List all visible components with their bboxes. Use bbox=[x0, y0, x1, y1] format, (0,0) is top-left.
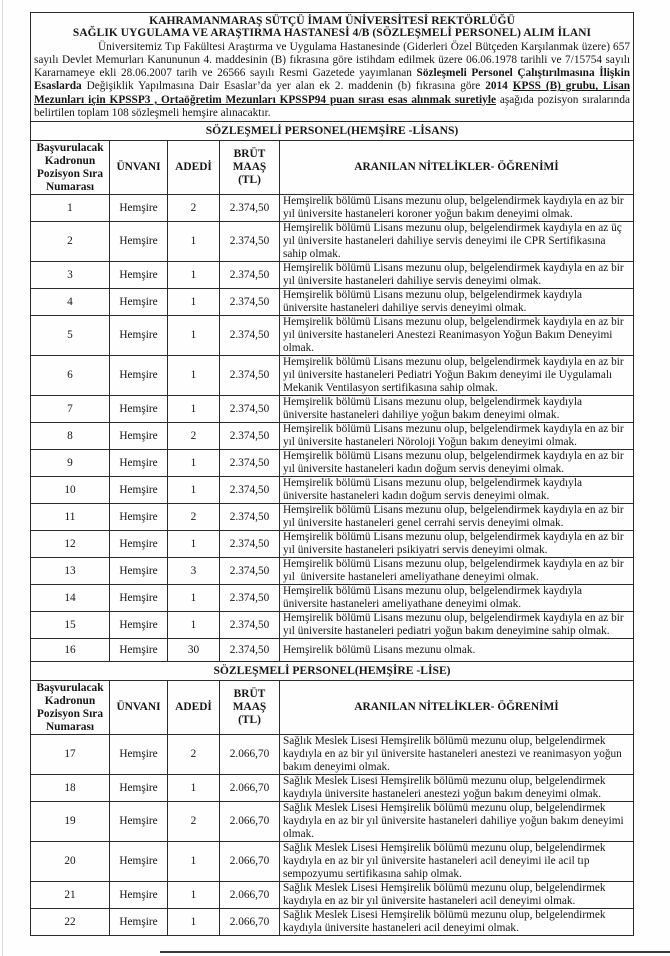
table-row: 1Hemşire22.374,50Hemşirelik bölümü Lisan… bbox=[31, 195, 634, 222]
title-cell: Hemşire bbox=[110, 531, 168, 558]
requirements-cell: Hemşirelik bölümü Lisans mezunu olup, be… bbox=[280, 612, 634, 639]
salary-cell: 2.374,50 bbox=[220, 316, 280, 356]
count-cell: 1 bbox=[168, 612, 220, 639]
table-row: 6Hemşire12.374,50Hemşirelik bölümü Lisan… bbox=[31, 356, 634, 396]
salary-cell: 2.374,50 bbox=[220, 423, 280, 450]
position-number-cell: 14 bbox=[31, 585, 110, 612]
intro-text: Değişiklik Yapılmasına Dair Esaslar’da y… bbox=[82, 80, 485, 92]
requirements-cell: Sağlık Meslek Lisesi Hemşirelik bölümü m… bbox=[280, 735, 634, 775]
salary-cell: 2.066,70 bbox=[220, 775, 280, 802]
position-number-cell: 17 bbox=[31, 735, 110, 775]
position-number-cell: 19 bbox=[31, 802, 110, 842]
count-cell: 1 bbox=[168, 585, 220, 612]
intro-emphasis: 2014 bbox=[485, 80, 513, 92]
intro-line: Esaslarda Değişiklik Yapılmasına Dair Es… bbox=[34, 80, 630, 93]
salary-cell: 2.374,50 bbox=[220, 477, 280, 504]
title-cell: Hemşire bbox=[110, 585, 168, 612]
position-number-cell: 2 bbox=[31, 222, 110, 262]
count-cell: 2 bbox=[168, 504, 220, 531]
salary-cell: 2.374,50 bbox=[220, 585, 280, 612]
position-number-cell: 13 bbox=[31, 558, 110, 585]
table-row: 17Hemşire22.066,70Sağlık Meslek Lisesi H… bbox=[31, 735, 634, 775]
intro-text: sayılı Devlet Memurları Kanununun 4. mad… bbox=[34, 54, 630, 66]
section-heading: SÖZLEŞMELİ PERSONEL(HEMŞİRE -LİSANS) bbox=[31, 122, 634, 141]
position-number-cell: 16 bbox=[31, 639, 110, 662]
title-cell: Hemşire bbox=[110, 450, 168, 477]
count-cell: 1 bbox=[168, 775, 220, 802]
count-cell: 1 bbox=[168, 289, 220, 316]
intro-text: belirtilen toplam 108 sözleşmeli hemşire… bbox=[34, 107, 271, 119]
salary-cell: 2.374,50 bbox=[220, 222, 280, 262]
position-number-cell: 8 bbox=[31, 423, 110, 450]
intro-line: belirtilen toplam 108 sözleşmeli hemşire… bbox=[34, 107, 630, 120]
salary-cell: 2.374,50 bbox=[220, 289, 280, 316]
title-cell: Hemşire bbox=[110, 504, 168, 531]
position-number-cell: 12 bbox=[31, 531, 110, 558]
table-row: 7Hemşire12.374,50Hemşirelik bölümü Lisan… bbox=[31, 396, 634, 423]
count-cell: 1 bbox=[168, 262, 220, 289]
count-cell: 1 bbox=[168, 356, 220, 396]
salary-cell: 2.066,70 bbox=[220, 882, 280, 909]
intro-line: Kararnameye ekli 28.06.2007 tarih ve 265… bbox=[34, 67, 630, 80]
requirements-cell: Hemşirelik bölümü Lisans mezunu olmak. bbox=[280, 639, 634, 662]
position-number-cell: 22 bbox=[31, 909, 110, 936]
title-cell: Hemşire bbox=[110, 802, 168, 842]
requirements-cell: Sağlık Meslek Lisesi Hemşirelik bölümü m… bbox=[280, 842, 634, 882]
count-cell: 1 bbox=[168, 531, 220, 558]
table-row: 5Hemşire12.374,50Hemşirelik bölümü Lisan… bbox=[31, 316, 634, 356]
column-header-title: ÜNVANI bbox=[110, 141, 168, 195]
column-header-title: ÜNVANI bbox=[110, 681, 168, 735]
requirements-cell: Sağlık Meslek Lisesi Hemşirelik bölümü m… bbox=[280, 775, 634, 802]
announcement-header: KAHRAMANMARAŞ SÜTÇÜ İMAM ÜNİVERSİTESİ RE… bbox=[31, 13, 634, 122]
requirements-cell: Sağlık Meslek Lisesi Hemşirelik bölümü m… bbox=[280, 882, 634, 909]
salary-cell: 2.066,70 bbox=[220, 909, 280, 936]
position-number-cell: 9 bbox=[31, 450, 110, 477]
requirements-cell: Hemşirelik bölümü Lisans mezunu olup, be… bbox=[280, 396, 634, 423]
table-row: 8Hemşire22.374,50Hemşirelik bölümü Lisan… bbox=[31, 423, 634, 450]
title-cell: Hemşire bbox=[110, 423, 168, 450]
table-row: 21Hemşire12.066,70Sağlık Meslek Lisesi H… bbox=[31, 882, 634, 909]
table-row: 14Hemşire12.374,50Hemşirelik bölümü Lisa… bbox=[31, 585, 634, 612]
intro-text: Üniversitemiz Tıp Fakültesi Araştırma ve… bbox=[98, 41, 630, 53]
table-row: 11Hemşire22.374,50Hemşirelik bölümü Lisa… bbox=[31, 504, 634, 531]
table-row: 22Hemşire12.066,70Sağlık Meslek Lisesi H… bbox=[31, 909, 634, 936]
column-header-requirements: ARANILAN NİTELİKLER- ÖĞRENİMİ bbox=[280, 141, 634, 195]
count-cell: 3 bbox=[168, 558, 220, 585]
title-cell: Hemşire bbox=[110, 262, 168, 289]
position-number-cell: 5 bbox=[31, 316, 110, 356]
position-sections: SÖZLEŞMELİ PERSONEL(HEMŞİRE -LİSANS)Başv… bbox=[31, 122, 634, 936]
section-heading-row: SÖZLEŞMELİ PERSONEL(HEMŞİRE -LİSE) bbox=[31, 662, 634, 681]
salary-cell: 2.374,50 bbox=[220, 639, 280, 662]
title-cell: Hemşire bbox=[110, 558, 168, 585]
count-cell: 2 bbox=[168, 802, 220, 842]
requirements-cell: Hemşirelik bölümü Lisans mezunu olup, be… bbox=[280, 585, 634, 612]
position-number-cell: 10 bbox=[31, 477, 110, 504]
requirements-cell: Hemşirelik bölümü Lisans mezunu olup, be… bbox=[280, 477, 634, 504]
table-row: 9Hemşire12.374,50Hemşirelik bölümü Lisan… bbox=[31, 450, 634, 477]
requirements-cell: Hemşirelik bölümü Lisans mezunu olup, be… bbox=[280, 222, 634, 262]
position-number-cell: 11 bbox=[31, 504, 110, 531]
salary-cell: 2.374,50 bbox=[220, 356, 280, 396]
count-cell: 1 bbox=[168, 882, 220, 909]
count-cell: 1 bbox=[168, 316, 220, 356]
announcement-header-row: KAHRAMANMARAŞ SÜTÇÜ İMAM ÜNİVERSİTESİ RE… bbox=[31, 13, 634, 122]
table-row: 18Hemşire12.066,70Sağlık Meslek Lisesi H… bbox=[31, 775, 634, 802]
salary-cell: 2.374,50 bbox=[220, 195, 280, 222]
table-row: 10Hemşire12.374,50Hemşirelik bölümü Lisa… bbox=[31, 477, 634, 504]
table-row: 19Hemşire22.066,70Sağlık Meslek Lisesi H… bbox=[31, 802, 634, 842]
requirements-cell: Hemşirelik bölümü Lisans mezunu olup, be… bbox=[280, 531, 634, 558]
count-cell: 1 bbox=[168, 477, 220, 504]
column-header-position: Başvurulacak Kadronun Pozisyon Sıra Numa… bbox=[31, 681, 110, 735]
salary-cell: 2.374,50 bbox=[220, 531, 280, 558]
document-page: KAHRAMANMARAŞ SÜTÇÜ İMAM ÜNİVERSİTESİ RE… bbox=[30, 12, 633, 936]
intro-line: Mezunları için KPSSP3 , Ortaöğretim Mezu… bbox=[34, 94, 630, 107]
salary-cell: 2.374,50 bbox=[220, 396, 280, 423]
title-cell: Hemşire bbox=[110, 735, 168, 775]
intro-line: sayılı Devlet Memurları Kanununun 4. mad… bbox=[34, 54, 630, 67]
section-heading-row: SÖZLEŞMELİ PERSONEL(HEMŞİRE -LİSANS) bbox=[31, 122, 634, 141]
requirements-cell: Hemşirelik bölümü Lisans mezunu olup, be… bbox=[280, 195, 634, 222]
requirements-cell: Sağlık Meslek Lisesi Hemşirelik bölümü m… bbox=[280, 909, 634, 936]
table-row: 3Hemşire12.374,50Hemşirelik bölümü Lisan… bbox=[31, 262, 634, 289]
intro-paragraph: Üniversitemiz Tıp Fakültesi Araştırma ve… bbox=[34, 41, 630, 121]
section-heading: SÖZLEŞMELİ PERSONEL(HEMŞİRE -LİSE) bbox=[31, 662, 634, 681]
intro-emphasis: Mezunları için KPSSP3 , Ortaöğretim Mezu… bbox=[34, 94, 496, 106]
notice-title: SAĞLIK UYGULAMA VE ARAŞTIRMA HASTANESİ 4… bbox=[34, 27, 630, 40]
intro-emphasis: Esaslarda bbox=[34, 80, 82, 92]
title-cell: Hemşire bbox=[110, 775, 168, 802]
title-cell: Hemşire bbox=[110, 396, 168, 423]
title-cell: Hemşire bbox=[110, 316, 168, 356]
count-cell: 2 bbox=[168, 423, 220, 450]
salary-cell: 2.374,50 bbox=[220, 450, 280, 477]
requirements-cell: Hemşirelik bölümü Lisans mezunu olup, be… bbox=[280, 289, 634, 316]
table-row: 16Hemşire302.374,50Hemşirelik bölümü Lis… bbox=[31, 639, 634, 662]
requirements-cell: Hemşirelik bölümü Lisans mezunu olup, be… bbox=[280, 356, 634, 396]
salary-cell: 2.066,70 bbox=[220, 735, 280, 775]
table-row: 4Hemşire12.374,50Hemşirelik bölümü Lisan… bbox=[31, 289, 634, 316]
title-cell: Hemşire bbox=[110, 356, 168, 396]
position-number-cell: 15 bbox=[31, 612, 110, 639]
count-cell: 2 bbox=[168, 735, 220, 775]
job-notice-table: KAHRAMANMARAŞ SÜTÇÜ İMAM ÜNİVERSİTESİ RE… bbox=[30, 12, 634, 936]
table-row: 15Hemşire12.374,50Hemşirelik bölümü Lisa… bbox=[31, 612, 634, 639]
requirements-cell: Hemşirelik bölümü Lisans mezunu olup, be… bbox=[280, 450, 634, 477]
title-cell: Hemşire bbox=[110, 222, 168, 262]
salary-cell: 2.374,50 bbox=[220, 504, 280, 531]
requirements-cell: Sağlık Meslek Lisesi Hemşirelik bölümü m… bbox=[280, 802, 634, 842]
title-cell: Hemşire bbox=[110, 882, 168, 909]
column-header-count: ADEDİ bbox=[168, 681, 220, 735]
count-cell: 2 bbox=[168, 195, 220, 222]
position-number-cell: 3 bbox=[31, 262, 110, 289]
count-cell: 1 bbox=[168, 909, 220, 936]
requirements-cell: Hemşirelik bölümü Lisans mezunu olup, be… bbox=[280, 423, 634, 450]
salary-cell: 2.066,70 bbox=[220, 842, 280, 882]
table-row: 13Hemşire32.374,50Hemşirelik bölümü Lisa… bbox=[31, 558, 634, 585]
count-cell: 1 bbox=[168, 222, 220, 262]
title-cell: Hemşire bbox=[110, 195, 168, 222]
intro-line: Üniversitemiz Tıp Fakültesi Araştırma ve… bbox=[34, 41, 630, 54]
intro-text: Kararnameye ekli 28.06.2007 tarih ve 265… bbox=[34, 67, 417, 79]
scan-edge-line bbox=[160, 951, 670, 953]
salary-cell: 2.066,70 bbox=[220, 802, 280, 842]
salary-cell: 2.374,50 bbox=[220, 558, 280, 585]
position-number-cell: 18 bbox=[31, 775, 110, 802]
intro-text: aşağıda pozisyon sıralarında bbox=[496, 94, 630, 106]
table-row: 20Hemşire12.066,70Sağlık Meslek Lisesi H… bbox=[31, 842, 634, 882]
title-cell: Hemşire bbox=[110, 289, 168, 316]
requirements-cell: Hemşirelik bölümü Lisans mezunu olup, be… bbox=[280, 504, 634, 531]
column-header-salary: BRÜT MAAŞ (TL) bbox=[220, 141, 280, 195]
column-header-row: Başvurulacak Kadronun Pozisyon Sıra Numa… bbox=[31, 141, 634, 195]
title-cell: Hemşire bbox=[110, 909, 168, 936]
table-row: 2Hemşire12.374,50Hemşirelik bölümü Lisan… bbox=[31, 222, 634, 262]
position-number-cell: 7 bbox=[31, 396, 110, 423]
salary-cell: 2.374,50 bbox=[220, 262, 280, 289]
intro-emphasis: Sözleşmeli Personel Çalıştırılmasına İli… bbox=[417, 67, 630, 79]
position-number-cell: 21 bbox=[31, 882, 110, 909]
column-header-requirements: ARANILAN NİTELİKLER- ÖĞRENİMİ bbox=[280, 681, 634, 735]
table-row: 12Hemşire12.374,50Hemşirelik bölümü Lisa… bbox=[31, 531, 634, 558]
position-number-cell: 6 bbox=[31, 356, 110, 396]
requirements-cell: Hemşirelik bölümü Lisans mezunu olup, be… bbox=[280, 316, 634, 356]
position-number-cell: 1 bbox=[31, 195, 110, 222]
column-header-row: Başvurulacak Kadronun Pozisyon Sıra Numa… bbox=[31, 681, 634, 735]
column-header-salary: BRÜT MAAŞ (TL) bbox=[220, 681, 280, 735]
count-cell: 30 bbox=[168, 639, 220, 662]
scan-edge-line bbox=[2, 0, 3, 956]
intro-emphasis: KPSS (B) grubu, Lisan bbox=[513, 80, 630, 92]
position-number-cell: 4 bbox=[31, 289, 110, 316]
column-header-count: ADEDİ bbox=[168, 141, 220, 195]
title-cell: Hemşire bbox=[110, 477, 168, 504]
salary-cell: 2.374,50 bbox=[220, 612, 280, 639]
count-cell: 1 bbox=[168, 842, 220, 882]
title-cell: Hemşire bbox=[110, 639, 168, 662]
requirements-cell: Hemşirelik bölümü Lisans mezunu olup, be… bbox=[280, 262, 634, 289]
requirements-cell: Hemşirelik bölümü Lisans mezunu olup, be… bbox=[280, 558, 634, 585]
count-cell: 1 bbox=[168, 396, 220, 423]
title-cell: Hemşire bbox=[110, 612, 168, 639]
institution-title: KAHRAMANMARAŞ SÜTÇÜ İMAM ÜNİVERSİTESİ RE… bbox=[34, 14, 630, 27]
title-cell: Hemşire bbox=[110, 842, 168, 882]
column-header-position: Başvurulacak Kadronun Pozisyon Sıra Numa… bbox=[31, 141, 110, 195]
position-number-cell: 20 bbox=[31, 842, 110, 882]
count-cell: 1 bbox=[168, 450, 220, 477]
